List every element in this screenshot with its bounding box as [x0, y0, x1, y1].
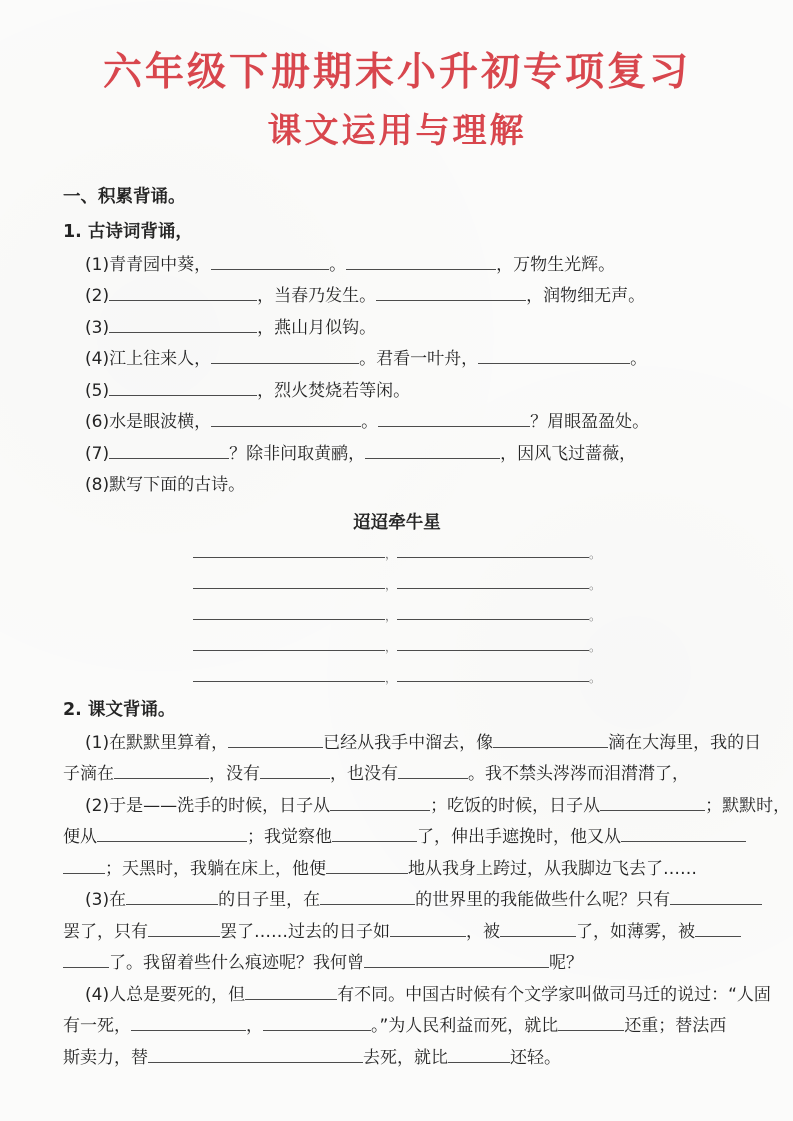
- fill-in-blank: [109, 317, 257, 333]
- fill-in-blank: [114, 763, 209, 779]
- text-run: ，燕山月似钩。: [257, 318, 376, 338]
- text-run: 去死，就比: [363, 1048, 448, 1068]
- text-run: ；我觉察他: [247, 827, 332, 847]
- text-run: 罢了……过去的日子如: [220, 922, 390, 942]
- text-run: 了，伸出手遮挽时，他又从: [417, 827, 621, 847]
- text-run: (8)默写下面的古诗。: [85, 475, 245, 495]
- text-run: ，: [385, 671, 397, 685]
- text-run: (4)江上往来人，: [85, 349, 211, 369]
- text-run: ，万物生光辉。: [496, 255, 615, 275]
- fill-in-blank: [448, 1047, 510, 1063]
- poem-blank-line: ，。: [63, 600, 731, 631]
- text-run: ，: [385, 609, 397, 623]
- text-run: (7): [85, 444, 109, 464]
- worksheet-line: (6)水是眼波横，。？眉眼盈盈处。: [63, 407, 731, 439]
- fill-in-blank: [245, 984, 337, 1000]
- page-title: 六年级下册期末小升初专项复习: [63, 50, 731, 97]
- worksheet-line: 便从；我觉察他了，伸出手遮挽时，他又从: [63, 822, 731, 854]
- worksheet-line: (8)默写下面的古诗。: [63, 470, 731, 502]
- text-run: 。: [361, 412, 378, 432]
- fill-in-blank: [63, 952, 109, 968]
- fill-in-blank: [193, 573, 385, 589]
- text-run: 。: [589, 547, 601, 561]
- text-run: ，烈火焚烧若等闲。: [257, 381, 410, 401]
- text-run: 滴在大海里，我的日: [608, 733, 761, 753]
- text-run: 便从: [63, 827, 97, 847]
- section-heading: 2. 课文背诵。: [63, 693, 731, 728]
- poem-title: 迢迢牵牛星: [63, 508, 731, 538]
- fill-in-blank: [109, 443, 229, 459]
- worksheet-line: (3)，燕山月似钩。: [63, 313, 731, 345]
- text-run: 斯卖力，替: [63, 1048, 148, 1068]
- worksheet-line: (4)人总是要死的，但有不同。中国古时候有个文学家叫做司马迁的说过：“人固: [63, 980, 731, 1012]
- text-run: 子滴在: [63, 764, 114, 784]
- text-run: (6)水是眼波横，: [85, 412, 211, 432]
- text-run: (1)在默默里算着，: [85, 733, 228, 753]
- worksheet-line: 斯卖力，替去死，就比还轻。: [63, 1043, 731, 1075]
- text-run: 了，如薄雾，被: [576, 922, 695, 942]
- fill-in-blank: [330, 795, 430, 811]
- text-run: 。: [589, 640, 601, 654]
- text-run: (1)青青园中葵，: [85, 255, 211, 275]
- text-run: ；吃饭的时候，日子从: [430, 796, 600, 816]
- fill-in-blank: [260, 763, 330, 779]
- text-run: 呢？: [549, 953, 583, 973]
- fill-in-blank: [397, 573, 589, 589]
- worksheet-line: (1)青青园中葵，。，万物生光辉。: [63, 250, 731, 282]
- worksheet-line: 了。我留着些什么痕迹呢？我何曾呢？: [63, 948, 731, 980]
- poem-blank-line: ，。: [63, 631, 731, 662]
- poem-blank-line: ，。: [63, 662, 731, 693]
- text-run: ？除非问取黄鹂，: [229, 444, 365, 464]
- text-run: 还轻。: [510, 1048, 561, 1068]
- worksheet-line: 子滴在，没有，也没有。我不禁头涔涔而泪潸潸了，: [63, 759, 731, 791]
- fill-in-blank: [211, 411, 361, 427]
- fill-in-blank: [695, 921, 741, 937]
- fill-in-blank: [63, 858, 105, 874]
- text-run: 。我不禁头涔涔而泪潸潸了，: [468, 764, 689, 784]
- text-run: ，也没有: [330, 764, 398, 784]
- text-run: (3): [85, 318, 109, 338]
- text-run: 。”为人民利益而死，就比: [371, 1016, 558, 1036]
- text-run: 。: [589, 671, 601, 685]
- text-run: 的日子里，在: [218, 890, 320, 910]
- fill-in-blank: [365, 443, 500, 459]
- worksheet-line: (7)？除非问取黄鹂，，因风飞过蔷薇，: [63, 439, 731, 471]
- fill-in-blank: [558, 1015, 624, 1031]
- fill-in-blank: [97, 826, 247, 842]
- text-run: 还重；替法西: [624, 1016, 726, 1036]
- fill-in-blank: [109, 380, 257, 396]
- text-run: 。: [589, 609, 601, 623]
- text-run: (2)于是——洗手的时候，日子从: [85, 796, 330, 816]
- fill-in-blank: [263, 1015, 371, 1031]
- poem-blank-line: ，。: [63, 538, 731, 569]
- text-run: (5): [85, 381, 109, 401]
- text-run: 罢了，只有: [63, 922, 148, 942]
- text-run: ，: [385, 640, 397, 654]
- worksheet-page: 六年级下册期末小升初专项复习 课文运用与理解 一、积累背诵。1. 古诗词背诵，(…: [0, 0, 793, 1121]
- fill-in-blank: [346, 254, 496, 270]
- text-run: 有一死，: [63, 1016, 131, 1036]
- text-run: (4)人总是要死的，但: [85, 985, 245, 1005]
- fill-in-blank: [193, 604, 385, 620]
- worksheet-line: (4)江上往来人，。君看一叶舟，。: [63, 344, 731, 376]
- fill-in-blank: [109, 285, 257, 301]
- worksheet-line: (2)于是——洗手的时候，日子从；吃饭的时候，日子从；默默时，: [63, 791, 731, 823]
- section-heading: 1. 古诗词背诵，: [63, 215, 731, 250]
- text-run: ，: [246, 1016, 263, 1036]
- fill-in-blank: [378, 411, 530, 427]
- fill-in-blank: [621, 826, 746, 842]
- fill-in-blank: [193, 666, 385, 682]
- text-run: 。: [589, 578, 601, 592]
- text-run: ，润物细无声。: [526, 286, 645, 306]
- fill-in-blank: [397, 666, 589, 682]
- text-run: 有不同。中国古时候有个文学家叫做司马迁的说过：“人固: [337, 985, 771, 1005]
- text-run: 。: [329, 255, 346, 275]
- page-subtitle: 课文运用与理解: [63, 111, 731, 152]
- text-run: 已经从我手中溜去，像: [323, 733, 493, 753]
- fill-in-blank: [478, 348, 630, 364]
- section-heading: 一、积累背诵。: [63, 180, 731, 215]
- fill-in-blank: [228, 732, 323, 748]
- worksheet-line: ；天黑时，我躺在床上，他便地从我身上跨过，从我脚边飞去了……: [63, 854, 731, 886]
- text-run: 了。我留着些什么痕迹呢？我何曾: [109, 953, 364, 973]
- fill-in-blank: [600, 795, 705, 811]
- text-run: 地从我身上跨过，从我脚边飞去了……: [408, 859, 697, 879]
- fill-in-blank: [390, 921, 466, 937]
- fill-in-blank: [364, 952, 549, 968]
- fill-in-blank: [493, 732, 608, 748]
- fill-in-blank: [148, 1047, 363, 1063]
- text-run: 。: [630, 349, 647, 369]
- text-run: ，没有: [209, 764, 260, 784]
- fill-in-blank: [397, 604, 589, 620]
- fill-in-blank: [126, 889, 218, 905]
- worksheet-line: 有一死，，。”为人民利益而死，就比还重；替法西: [63, 1011, 731, 1043]
- fill-in-blank: [398, 763, 468, 779]
- worksheet-line: (1)在默默里算着，已经从我手中溜去，像滴在大海里，我的日: [63, 728, 731, 760]
- worksheet-body: 一、积累背诵。1. 古诗词背诵，(1)青青园中葵，。，万物生光辉。(2)，当春乃…: [63, 180, 731, 1075]
- text-run: ，: [385, 578, 397, 592]
- text-run: (2): [85, 286, 109, 306]
- text-run: 。君看一叶舟，: [359, 349, 478, 369]
- fill-in-blank: [148, 921, 220, 937]
- text-run: ，被: [466, 922, 500, 942]
- fill-in-blank: [397, 542, 589, 558]
- fill-in-blank: [397, 635, 589, 651]
- fill-in-blank: [211, 348, 359, 364]
- worksheet-line: 罢了，只有罢了……过去的日子如，被了，如薄雾，被: [63, 917, 731, 949]
- text-run: (3)在: [85, 890, 126, 910]
- text-run: ？眉眼盈盈处。: [530, 412, 649, 432]
- fill-in-blank: [320, 889, 415, 905]
- fill-in-blank: [326, 858, 408, 874]
- fill-in-blank: [193, 542, 385, 558]
- fill-in-blank: [211, 254, 329, 270]
- text-run: ，因风飞过蔷薇，: [500, 444, 636, 464]
- text-run: ；默默时，: [705, 796, 790, 816]
- poem-blank-line: ，。: [63, 569, 731, 600]
- worksheet-line: (3)在的日子里，在的世界里的我能做些什么呢？只有: [63, 885, 731, 917]
- fill-in-blank: [193, 635, 385, 651]
- fill-in-blank: [131, 1015, 246, 1031]
- text-run: ，: [385, 547, 397, 561]
- fill-in-blank: [376, 285, 526, 301]
- fill-in-blank: [332, 826, 417, 842]
- text-run: 的世界里的我能做些什么呢？只有: [415, 890, 670, 910]
- text-run: ，当春乃发生。: [257, 286, 376, 306]
- worksheet-line: (5)，烈火焚烧若等闲。: [63, 376, 731, 408]
- fill-in-blank: [500, 921, 576, 937]
- fill-in-blank: [670, 889, 762, 905]
- text-run: ；天黑时，我躺在床上，他便: [105, 859, 326, 879]
- worksheet-line: (2)，当春乃发生。，润物细无声。: [63, 281, 731, 313]
